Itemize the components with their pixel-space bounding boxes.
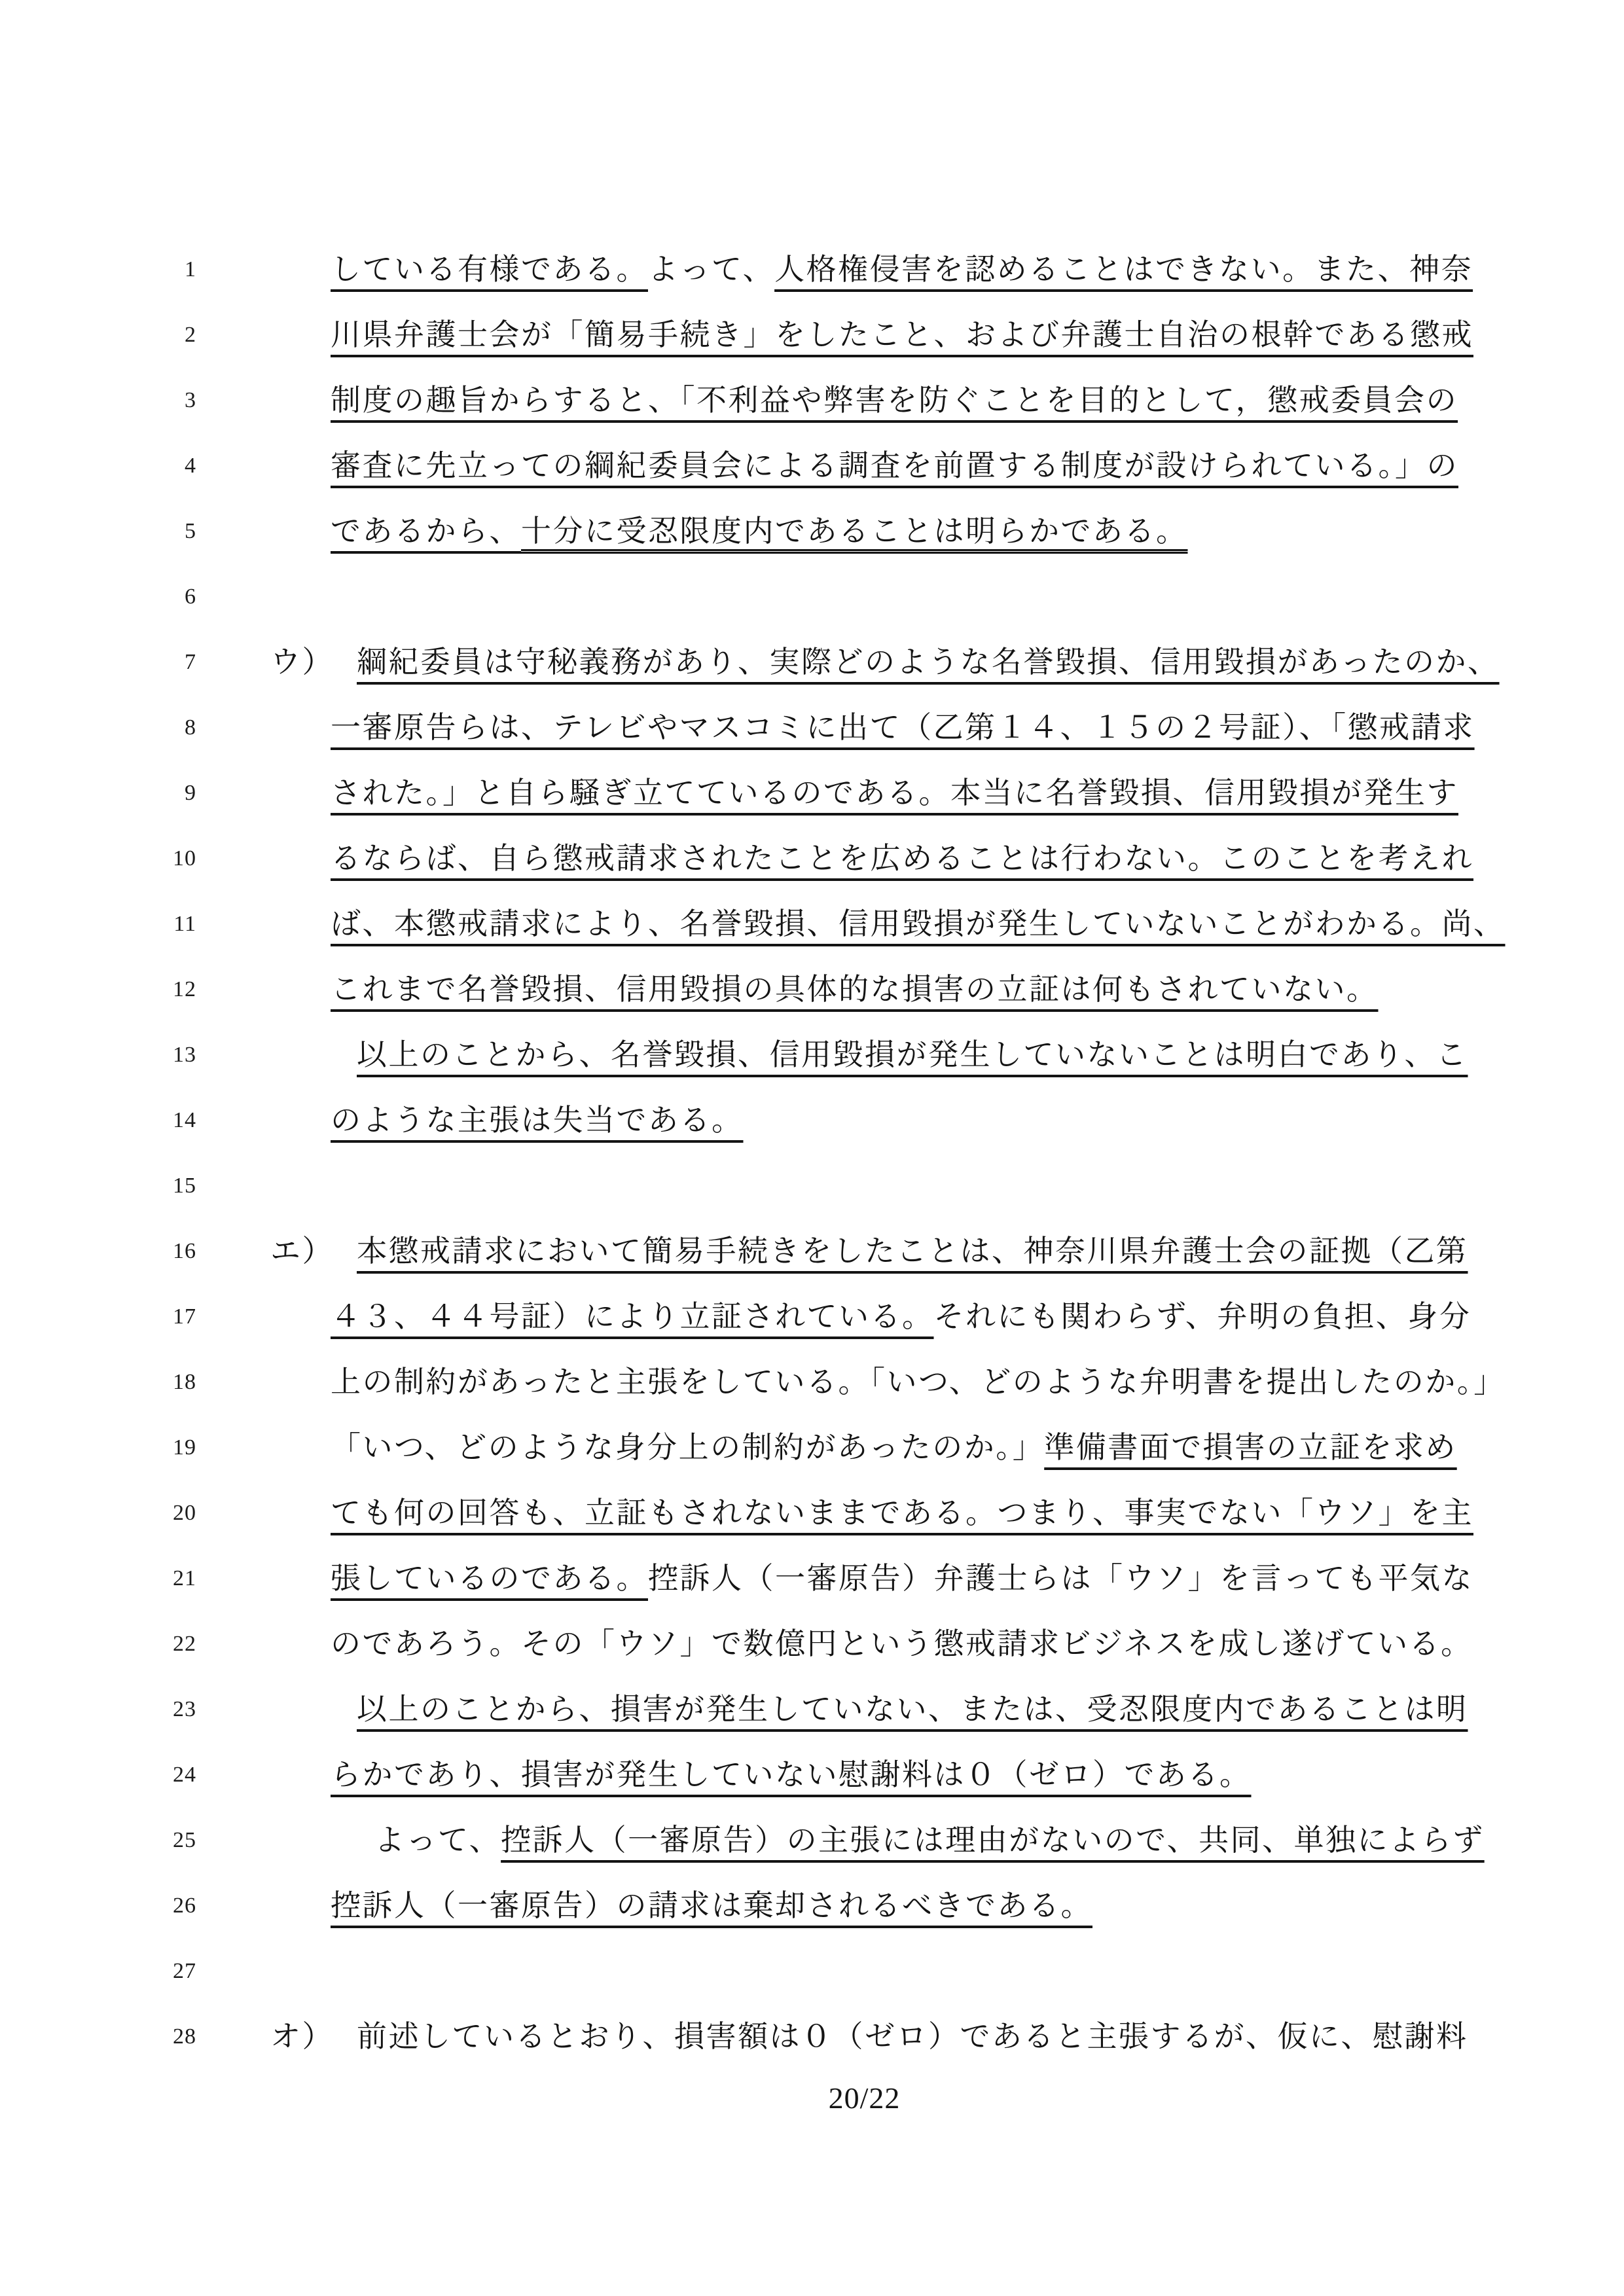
underlined-text-segment: らかであり、損害が発生していない慰謝料は０（ゼロ）である。: [331, 1758, 1252, 1791]
line-number: 23: [92, 1677, 196, 1742]
line-number: 9: [92, 761, 196, 826]
text-line-24: 24らかであり、損害が発生していない慰謝料は０（ゼロ）である。: [0, 1742, 1624, 1808]
text-line-3: 3制度の趣旨からすると、「不利益や弊害を防ぐことを目的として，懲戒委員会の: [0, 368, 1624, 433]
text-segment: 上の制約があったと主張をしている。「いつ、どのような弁明書を提出したのか。」: [331, 1365, 1506, 1399]
text-line-20: 20ても何の回答も、立証もされないままである。つまり、事実でない「ウソ」を主: [0, 1480, 1624, 1546]
text-segment: よって、: [374, 1823, 501, 1857]
line-number: 1: [92, 237, 196, 302]
line-number: 12: [92, 957, 196, 1022]
line-number: 25: [92, 1808, 196, 1873]
underlined-text-segment: 十分に受忍限度内であることは明らかである。: [521, 514, 1188, 548]
line-text: 本懲戒請求において簡易手続きをしたことは、神奈川県弁護士会の証拠（乙第: [331, 1219, 1572, 1284]
underlined-text-segment: 張しているのである。: [331, 1562, 648, 1595]
text-segment: 「いつ、どのような身分上の制約があったのか。」: [331, 1431, 1044, 1464]
paragraph-label: エ）: [270, 1219, 334, 1284]
line-text: ば、本懲戒請求により、名誉毀損、信用毀損が発生していないことがわかる。尚、: [331, 891, 1572, 957]
underlined-text-segment: 以上のことから、損害が発生していない、または、受忍限度内であることは明: [357, 1693, 1468, 1726]
line-number: 4: [92, 433, 196, 499]
line-text: 一審原告らは、テレビやマスコミに出て（乙第１４、１５の２号証）、「懲戒請求: [331, 695, 1572, 761]
text-line-2: 2川県弁護士会が「簡易手続き」をしたこと、および弁護士自治の根幹である懲戒: [0, 302, 1624, 368]
underlined-text-segment: 控訴人（一審原告）の請求は棄却されるべきである。: [331, 1889, 1092, 1922]
underlined-text-segment: 控訴人（一審原告）の主張には理由がないので、共同、単独によらず: [501, 1823, 1485, 1857]
line-text: 制度の趣旨からすると、「不利益や弊害を防ぐことを目的として，懲戒委員会の: [331, 368, 1572, 433]
underlined-text-segment: 以上のことから、名誉毀損、信用毀損が発生していないことは明白であり、こ: [357, 1038, 1468, 1071]
line-number: 19: [92, 1415, 196, 1480]
text-line-11: 11ば、本懲戒請求により、名誉毀損、信用毀損が発生していないことがわかる。尚、: [0, 891, 1624, 957]
text-line-23: 23以上のことから、損害が発生していない、または、受忍限度内であることは明: [0, 1677, 1624, 1742]
text-line-15: 15: [0, 1153, 1624, 1219]
line-number: 16: [92, 1219, 196, 1284]
line-text: のような主張は失当である。: [331, 1088, 1572, 1153]
line-number: 3: [92, 368, 196, 433]
line-text: 川県弁護士会が「簡易手続き」をしたこと、および弁護士自治の根幹である懲戒: [331, 302, 1572, 368]
line-number: 5: [92, 499, 196, 564]
underlined-text-segment: 綱紀委員は守秘義務があり、実際どのような名誉毀損、信用毀損があったのか、: [357, 645, 1500, 679]
text-segment: それにも関わらず、弁明の負担、身分: [934, 1300, 1471, 1333]
line-text: 「いつ、どのような身分上の制約があったのか。」準備書面で損害の立証を求め: [331, 1415, 1572, 1480]
line-number: 18: [92, 1350, 196, 1415]
text-line-18: 18上の制約があったと主張をしている。「いつ、どのような弁明書を提出したのか。」: [0, 1350, 1624, 1415]
line-number: 10: [92, 826, 196, 891]
line-number: 20: [92, 1480, 196, 1546]
text-segment: 控訴人（一審原告）弁護士らは「ウソ」を言っても平気な: [648, 1562, 1473, 1595]
page-number: 20/22: [105, 2066, 1624, 2131]
underlined-text-segment: された。」と自ら騒ぎ立てているのである。本当に名誉毀損、信用毀損が発生す: [331, 776, 1458, 810]
line-text: これまで名誉毀損、信用毀損の具体的な損害の立証は何もされていない。: [331, 957, 1572, 1022]
line-number: 17: [92, 1284, 196, 1350]
text-line-6: 6: [0, 564, 1624, 630]
line-text: している有様である。よって、人格権侵害を認めることはできない。また、神奈: [331, 237, 1572, 302]
underlined-text-segment: ４３、４４号証）により立証されている。: [331, 1300, 934, 1333]
text-line-19: 19「いつ、どのような身分上の制約があったのか。」準備書面で損害の立証を求め: [0, 1415, 1624, 1480]
text-segment: よって、: [648, 253, 774, 286]
line-number: 22: [92, 1611, 196, 1677]
paragraph-label: ウ）: [270, 630, 334, 695]
text-line-5: 5であるから、十分に受忍限度内であることは明らかである。: [0, 499, 1624, 564]
underlined-text-segment: ば、本懲戒請求により、名誉毀損、信用毀損が発生していないことがわかる。尚、: [331, 907, 1506, 941]
line-text: 上の制約があったと主張をしている。「いつ、どのような弁明書を提出したのか。」: [331, 1350, 1572, 1415]
line-number: 24: [92, 1742, 196, 1808]
line-number: 11: [92, 891, 196, 957]
text-line-25: 25よって、控訴人（一審原告）の主張には理由がないので、共同、単独によらず: [0, 1808, 1624, 1873]
text-segment: のであろう。その「ウソ」で数億円という懲戒請求ビジネスを成し遂げている。: [331, 1627, 1473, 1660]
text-line-22: 22のであろう。その「ウソ」で数億円という懲戒請求ビジネスを成し遂げている。: [0, 1611, 1624, 1677]
line-text: よって、控訴人（一審原告）の主張には理由がないので、共同、単独によらず: [331, 1808, 1572, 1873]
scanned-legal-document-page: 1している有様である。よって、人格権侵害を認めることはできない。また、神奈2川県…: [0, 0, 1624, 2296]
text-line-12: 12これまで名誉毀損、信用毀損の具体的な損害の立証は何もされていない。: [0, 957, 1624, 1022]
underlined-text-segment: 審査に先立っての綱紀委員会による調査を前置する制度が設けられている。」の: [331, 449, 1458, 482]
underlined-text-segment: のような主張は失当である。: [331, 1103, 744, 1137]
line-text: ４３、４４号証）により立証されている。それにも関わらず、弁明の負担、身分: [331, 1284, 1572, 1350]
text-line-4: 4審査に先立っての綱紀委員会による調査を前置する制度が設けられている。」の: [0, 433, 1624, 499]
text-line-14: 14のような主張は失当である。: [0, 1088, 1624, 1153]
text-line-7: 7ウ）綱紀委員は守秘義務があり、実際どのような名誉毀損、信用毀損があったのか、: [0, 630, 1624, 695]
underlined-text-segment: ても何の回答も、立証もされないままである。つまり、事実でない「ウソ」を主: [331, 1496, 1473, 1530]
line-text: 以上のことから、損害が発生していない、または、受忍限度内であることは明: [331, 1677, 1572, 1742]
underlined-text-segment: 制度の趣旨からすると、「不利益や弊害を防ぐことを目的として，懲戒委員会の: [331, 384, 1458, 417]
line-number: 2: [92, 302, 196, 368]
line-text: であるから、十分に受忍限度内であることは明らかである。: [331, 499, 1572, 564]
line-number: 27: [92, 1939, 196, 2004]
line-number: 7: [92, 630, 196, 695]
text-line-1: 1している有様である。よって、人格権侵害を認めることはできない。また、神奈: [0, 237, 1624, 302]
underlined-text-segment: している有様である。: [331, 253, 648, 286]
line-text: 張しているのである。控訴人（一審原告）弁護士らは「ウソ」を言っても平気な: [331, 1546, 1572, 1611]
line-text: 控訴人（一審原告）の請求は棄却されるべきである。: [331, 1873, 1572, 1939]
text-line-26: 26控訴人（一審原告）の請求は棄却されるべきである。: [0, 1873, 1624, 1939]
line-text: ても何の回答も、立証もされないままである。つまり、事実でない「ウソ」を主: [331, 1480, 1572, 1546]
text-line-17: 17４３、４４号証）により立証されている。それにも関わらず、弁明の負担、身分: [0, 1284, 1624, 1350]
line-text: 前述しているとおり、損害額は０（ゼロ）であると主張するが、仮に、慰謝料: [331, 2004, 1572, 2070]
text-line-21: 21張しているのである。控訴人（一審原告）弁護士らは「ウソ」を言っても平気な: [0, 1546, 1624, 1611]
line-number: 15: [92, 1153, 196, 1219]
underlined-text-segment: 人格権侵害を認めることはできない。また、神奈: [774, 253, 1473, 286]
text-line-8: 8一審原告らは、テレビやマスコミに出て（乙第１４、１５の２号証）、「懲戒請求: [0, 695, 1624, 761]
line-text: された。」と自ら騒ぎ立てているのである。本当に名誉毀損、信用毀損が発生す: [331, 761, 1572, 826]
document-lines: 1している有様である。よって、人格権侵害を認めることはできない。また、神奈2川県…: [0, 237, 1624, 2070]
line-number: 6: [92, 564, 196, 630]
line-number: 21: [92, 1546, 196, 1611]
line-text: 綱紀委員は守秘義務があり、実際どのような名誉毀損、信用毀損があったのか、: [331, 630, 1572, 695]
underlined-text-segment: るならば、自ら懲戒請求されたことを広めることは行わない。このことを考えれ: [331, 842, 1473, 875]
line-number: 14: [92, 1088, 196, 1153]
line-number: 13: [92, 1022, 196, 1088]
underlined-text-segment: 一審原告らは、テレビやマスコミに出て（乙第１４、１５の２号証）、「懲戒請求: [331, 711, 1475, 744]
underlined-text-segment: 本懲戒請求において簡易手続きをしたことは、神奈川県弁護士会の証拠（乙第: [357, 1234, 1468, 1268]
text-line-27: 27: [0, 1939, 1624, 2004]
text-line-10: 10るならば、自ら懲戒請求されたことを広めることは行わない。このことを考えれ: [0, 826, 1624, 891]
underlined-text-segment: であるから、: [331, 514, 521, 548]
line-text: 以上のことから、名誉毀損、信用毀損が発生していないことは明白であり、こ: [331, 1022, 1572, 1088]
line-text: 審査に先立っての綱紀委員会による調査を前置する制度が設けられている。」の: [331, 433, 1572, 499]
line-number: 8: [92, 695, 196, 761]
text-line-16: 16エ）本懲戒請求において簡易手続きをしたことは、神奈川県弁護士会の証拠（乙第: [0, 1219, 1624, 1284]
text-segment: 前述しているとおり、損害額は０（ゼロ）であると主張するが、仮に、慰謝料: [357, 2020, 1468, 2053]
paragraph-label: オ）: [270, 2004, 334, 2070]
underlined-text-segment: 準備書面で損害の立証を求め: [1044, 1431, 1457, 1464]
text-line-13: 13以上のことから、名誉毀損、信用毀損が発生していないことは明白であり、こ: [0, 1022, 1624, 1088]
line-number: 26: [92, 1873, 196, 1939]
line-text: るならば、自ら懲戒請求されたことを広めることは行わない。このことを考えれ: [331, 826, 1572, 891]
text-line-9: 9された。」と自ら騒ぎ立てているのである。本当に名誉毀損、信用毀損が発生す: [0, 761, 1624, 826]
text-line-28: 28オ）前述しているとおり、損害額は０（ゼロ）であると主張するが、仮に、慰謝料: [0, 2004, 1624, 2070]
document-page: { "page": { "number_label": "20/22" }, "…: [0, 0, 1624, 2296]
line-text: のであろう。その「ウソ」で数億円という懲戒請求ビジネスを成し遂げている。: [331, 1611, 1572, 1677]
line-text: らかであり、損害が発生していない慰謝料は０（ゼロ）である。: [331, 1742, 1572, 1808]
underlined-text-segment: 川県弁護士会が「簡易手続き」をしたこと、および弁護士自治の根幹である懲戒: [331, 318, 1473, 351]
underlined-text-segment: これまで名誉毀損、信用毀損の具体的な損害の立証は何もされていない。: [331, 973, 1379, 1006]
line-number: 28: [92, 2004, 196, 2070]
